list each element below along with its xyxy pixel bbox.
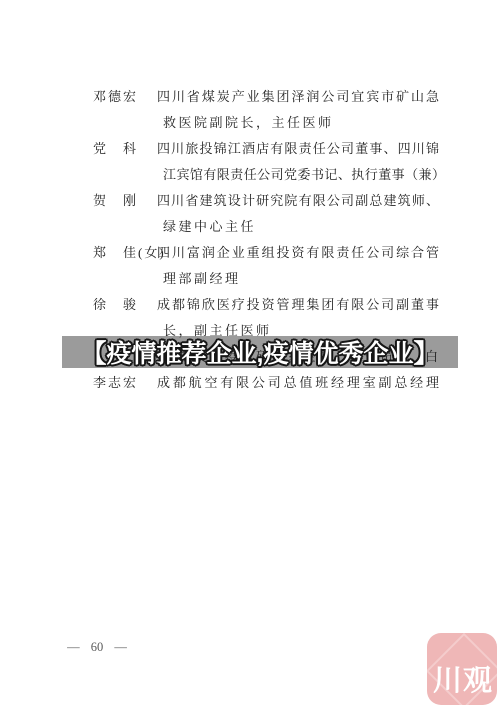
- roster-row: 李志宏 成都航空有限公司总值班经理室副总经理: [93, 370, 445, 396]
- position-description: 四川富润企业重组投资有限责任公司综合管 理部副经理: [157, 240, 445, 292]
- position-description: 四川省煤炭产业集团泽润公司宜宾市矿山急 救医院副院长，主任医师: [157, 84, 445, 136]
- roster-row: 贺 刚 四川省建筑设计研究院有限公司副总建筑师、 绿建中心主任: [93, 188, 445, 240]
- description-line: 成都锦欣医疗投资管理集团有限公司副董事: [157, 292, 439, 318]
- person-name: 邓德宏: [93, 84, 157, 110]
- description-line: 四川旅投锦江酒店有限责任公司董事、四川锦: [157, 136, 439, 162]
- person-name: 徐 骏: [93, 292, 157, 318]
- page-number: — 60 —: [55, 640, 139, 655]
- logo-text: 川观: [433, 658, 493, 699]
- person-name: 李志宏: [93, 370, 157, 396]
- person-name: 郑 佳(女): [93, 240, 157, 266]
- description-line: 四川省建筑设计研究院有限公司副总建筑师、: [157, 188, 439, 214]
- roster-row: 党 科 四川旅投锦江酒店有限责任公司董事、四川锦 江宾馆有限责任公司党委书记、执…: [93, 136, 445, 188]
- chuanguan-watermark-logo: 川观: [427, 633, 497, 705]
- roster-row: 邓德宏 四川省煤炭产业集团泽润公司宜宾市矿山急 救医院副院长，主任医师: [93, 84, 445, 136]
- description-line: 救医院副院长，主任医师: [163, 110, 445, 136]
- description-line: 绿建中心主任: [163, 214, 445, 240]
- document-page: 邓德宏 四川省煤炭产业集团泽润公司宜宾市矿山急 救医院副院长，主任医师 党 科 …: [0, 0, 500, 711]
- position-description: 成都航空有限公司总值班经理室副总经理: [157, 370, 439, 396]
- description-line: 理部副经理: [163, 266, 445, 292]
- person-name: 贺 刚: [93, 188, 157, 214]
- person-name: 党 科: [93, 136, 157, 162]
- overlay-banner-text: 【疫情推荐企业,疫情优秀企业】: [62, 336, 458, 368]
- position-description: 四川省建筑设计研究院有限公司副总建筑师、 绿建中心主任: [157, 188, 445, 240]
- description-line: 江宾馆有限责任公司党委书记、执行董事（兼）: [163, 162, 445, 188]
- roster-row: 郑 佳(女) 四川富润企业重组投资有限责任公司综合管 理部副经理: [93, 240, 445, 292]
- description-line: 四川富润企业重组投资有限责任公司综合管: [157, 240, 439, 266]
- description-line: 成都航空有限公司总值班经理室副总经理: [157, 370, 439, 396]
- description-line: 四川省煤炭产业集团泽润公司宜宾市矿山急: [157, 84, 439, 110]
- position-description: 四川旅投锦江酒店有限责任公司董事、四川锦 江宾馆有限责任公司党委书记、执行董事（…: [157, 136, 445, 188]
